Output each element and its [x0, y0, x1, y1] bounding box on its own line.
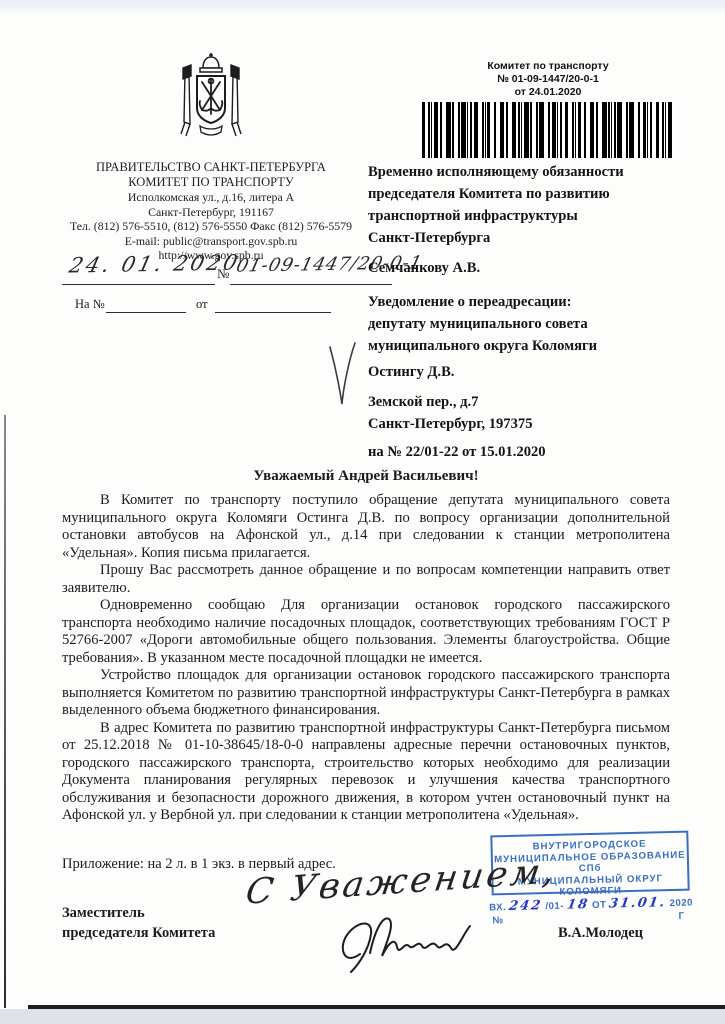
- stamp-incoming-number-row: ВХ.№ 242 /01- 18 ОТ 31.01. 2020 Г: [494, 895, 689, 927]
- reply-to-number-label: На №: [75, 297, 105, 312]
- barcode-committee-label: Комитет по транспорту: [418, 60, 678, 73]
- spb-coat-of-arms-icon: [176, 52, 246, 154]
- stamp-handwritten-index: 18: [566, 898, 590, 912]
- letter-body: В Комитет по транспорту поступило обраще…: [62, 492, 670, 825]
- barcode-number: № 01-09-1447/20-0-1: [418, 73, 678, 86]
- scanned-letter-page: Комитет по транспорту № 01-09-1447/20-0-…: [0, 0, 725, 1024]
- redirect-notice-line: Уведомление о переадресации:: [368, 291, 680, 313]
- redirect-notice-line: муниципального округа Коломяги: [368, 335, 680, 357]
- signer-position: Заместитель председателя Комитета: [62, 903, 215, 943]
- body-paragraph: В Комитет по транспорту поступило обраще…: [62, 492, 670, 562]
- scanner-background-strip: [0, 1009, 725, 1024]
- reply-date-underline: [215, 312, 331, 313]
- redirect-notice-line: депутату муниципального совета: [368, 313, 680, 335]
- registration-barcode-block: Комитет по транспорту № 01-09-1447/20-0-…: [418, 60, 678, 158]
- signer-name: В.А.Молодец: [558, 925, 643, 942]
- addressee-role-line: Санкт-Петербурга: [368, 227, 680, 249]
- number-sign-label: №: [217, 266, 229, 282]
- body-paragraph: Прошу Вас рассмотреть данное обращение и…: [62, 562, 670, 597]
- salutation: Уважаемый Андрей Васильевич!: [62, 468, 670, 485]
- letterhead-email-line: E-mail: public@transport.gov.spb.ru: [38, 234, 384, 249]
- stamp-handwritten-number: 242: [508, 899, 543, 913]
- letterhead-phone-line: Тел. (812) 576-5510, (812) 576-5550 Факс…: [38, 219, 384, 234]
- reply-from-label: от: [196, 297, 208, 312]
- signer-position-line: председателя Комитета: [62, 923, 215, 943]
- addressee-block: Временно исполняющему обязанности предсе…: [368, 161, 680, 463]
- stamp-year-label: 2020 Г: [669, 896, 693, 923]
- addressee-name-secondary: Остингу Д.В.: [368, 361, 680, 383]
- barcode-image: [422, 102, 674, 158]
- addressee-role-line: председателя Комитета по развитию: [368, 183, 680, 205]
- body-paragraph: Одновременно сообщаю Для организации ост…: [62, 597, 670, 667]
- stamp-from-label: ОТ: [592, 898, 607, 911]
- handwritten-checkmark: [327, 341, 357, 418]
- scan-edge-top: [0, 0, 725, 16]
- sender-letterhead: ПРАВИТЕЛЬСТВО САНКТ-ПЕТЕРБУРГА КОМИТЕТ П…: [38, 160, 384, 263]
- incoming-reference-line: на № 22/01-22 от 15.01.2020: [368, 441, 680, 463]
- signer-position-line: Заместитель: [62, 903, 215, 923]
- addressee-city-line: Санкт-Петербург, 197375: [368, 413, 680, 435]
- scan-edge-left: [4, 415, 6, 1008]
- addressee-role-line: транспортной инфраструктуры: [368, 205, 680, 227]
- stamp-index-prefix: /01-: [545, 899, 564, 912]
- letterhead-committee-line: КОМИТЕТ ПО ТРАНСПОРТУ: [38, 175, 384, 190]
- body-paragraph: Устройство площадок для организации оста…: [62, 667, 670, 720]
- letterhead-government-line: ПРАВИТЕЛЬСТВО САНКТ-ПЕТЕРБУРГА: [38, 160, 384, 175]
- reply-number-underline: [106, 312, 186, 313]
- handwritten-signature: [330, 908, 490, 983]
- barcode-date: от 24.01.2020: [418, 86, 678, 99]
- stamp-handwritten-date: 31.01.: [608, 896, 667, 910]
- letterhead-city-line: Санкт-Петербург, 191167: [38, 205, 384, 220]
- addressee-name-primary: Семчанкову А.В.: [368, 257, 680, 279]
- body-paragraph: В адрес Комитета по развитию транспортно…: [62, 720, 670, 825]
- date-underline: [62, 284, 215, 285]
- stamp-incoming-prefix: ВХ.№: [489, 901, 507, 927]
- letterhead-street-line: Исполкомская ул., д.16, литера А: [38, 190, 384, 205]
- addressee-role-line: Временно исполняющему обязанности: [368, 161, 680, 183]
- addressee-street-line: Земской пер., д.7: [368, 391, 680, 413]
